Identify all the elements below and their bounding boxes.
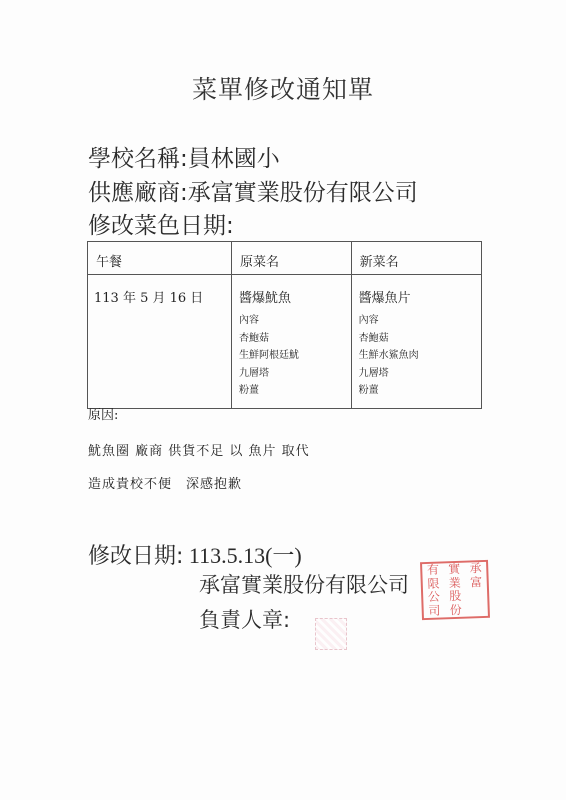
company-signature: 承富實業股份有限公司 [199, 569, 409, 599]
original-ingredients: 內容 杏鮑菇 生鮮阿根廷魷 九層塔 粉薑 [232, 312, 351, 400]
ingredient-item: 九層塔 [239, 365, 351, 383]
modify-dish-date-label: 修改菜色日期: [88, 207, 234, 240]
reason-line-1: 魷魚圈 廠商 供貨不足 以 魚片 取代 [88, 440, 310, 459]
table-row: 113 年 5 月 16 日 醬爆魷魚 內容 杏鮑菇 生鮮阿根廷魷 九層塔 粉薑… [88, 275, 482, 409]
ingredient-item: 杏鮑菇 [359, 330, 481, 348]
original-dish-name: 醬爆魷魚 [232, 275, 351, 306]
table-header-row: 午餐 原菜名 新菜名 [88, 242, 482, 275]
school-name: 學校名稱:員林國小 [88, 140, 280, 173]
supplier-name: 供應廠商:承富實業股份有限公司 [88, 174, 418, 207]
ingredient-item: 九層塔 [359, 365, 481, 383]
modified-date-value: 113.5.13(一) [183, 543, 301, 568]
personal-seal-stamp [315, 618, 347, 650]
company-seal-stamp: 有 限 公 司 實 業 股 份 承 富 [420, 560, 490, 620]
modified-date: 修改日期: 113.5.13(一) [88, 539, 302, 570]
new-dish-cell: 醬爆魚片 內容 杏鮑菇 生鮮水鯊魚肉 九層塔 粉薑 [351, 275, 481, 409]
responsible-person-label: 負責人章: [199, 604, 290, 634]
ingredient-item: 粉薑 [239, 382, 351, 400]
ingredient-item: 生鮮阿根廷魷 [239, 347, 351, 365]
header-cell-new: 新菜名 [351, 242, 481, 275]
ingredient-item: 生鮮水鯊魚肉 [359, 347, 481, 365]
document-title: 菜單修改通知單 [0, 70, 566, 106]
ingredient-item: 杏鮑菇 [239, 330, 351, 348]
header-cell-original: 原菜名 [232, 242, 352, 275]
new-dish-name: 醬爆魚片 [352, 275, 481, 306]
reason-label: 原因: [88, 404, 118, 423]
reason-line-2: 造成貴校不便 深感抱歉 [88, 473, 242, 492]
menu-change-table: 午餐 原菜名 新菜名 113 年 5 月 16 日 醬爆魷魚 內容 杏鮑菇 生鮮… [87, 241, 482, 409]
ingredient-item: 內容 [239, 312, 351, 330]
lunch-date: 113 年 5 月 16 日 [88, 275, 232, 409]
original-dish-cell: 醬爆魷魚 內容 杏鮑菇 生鮮阿根廷魷 九層塔 粉薑 [232, 275, 352, 409]
modified-date-label: 修改日期: [88, 544, 183, 569]
header-cell-lunch: 午餐 [88, 242, 232, 275]
ingredient-item: 內容 [359, 312, 481, 330]
new-ingredients: 內容 杏鮑菇 生鮮水鯊魚肉 九層塔 粉薑 [352, 312, 481, 400]
ingredient-item: 粉薑 [359, 382, 481, 400]
